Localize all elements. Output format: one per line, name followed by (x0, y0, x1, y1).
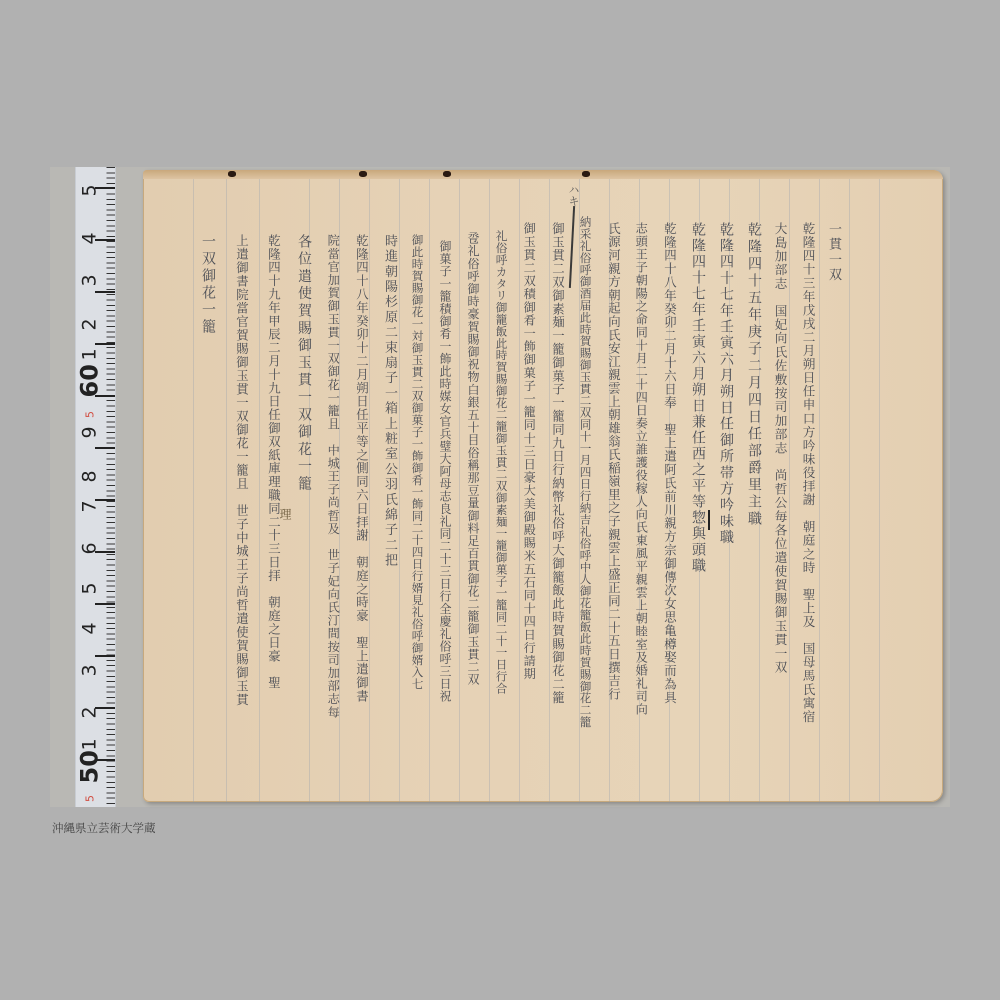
ruler-label: 8 (81, 466, 100, 488)
ruler-label: 50 (81, 762, 100, 784)
ruler-label: 5 (81, 578, 100, 600)
text-column: 志頭王子朝陽之命同十月二十四日奏立誰護役稼人向氏東風平親雲上朝睦室及婚礼司向 (635, 222, 647, 716)
text-column: 氏源河親方朝起向氏安江親雲上朝雄翁氏稲嶺里之子親雲上盛正同二十五日撰吉行 (607, 222, 619, 701)
ruler-label: 7 (81, 496, 100, 518)
ruler-ticks (101, 167, 115, 807)
text-column: 納采礼俗呼御酒届此時賀賜御玉貫二双同十一月四日行納吉礼俗呼中人御花籠飯此時賀賜御… (579, 216, 591, 728)
text-column: 御菓子一籠積御肴一飾此時媒女官兵璧大阿母志良礼同二十三日行全慶礼俗呼三日祝 (439, 240, 451, 703)
text-column: 御玉貫二双積御肴一飾御菓子一籠同十三日豪大美御殿賜米五石同十四日行請期 (523, 222, 535, 681)
ruler-major-tick (95, 603, 115, 605)
ruler-major-tick (95, 655, 115, 657)
text-column: 御此時賀賜御花一対御玉貫二双御菓子一飾御肴一飾同二十四日行婿見礼俗呼御婿入七 (411, 234, 423, 690)
ruler-red-label: 5 (81, 788, 100, 808)
text-column: 乾隆四十九年甲辰二月十九日任御双紙庫理職同二十三日拝 朝庭之日豪 聖 (267, 234, 279, 690)
text-column: 大島加部志 国妃向氏佐敷按司加部志 尚哲公毎各位遣使賀賜御玉貫一双 (773, 222, 786, 674)
ruler-label: 60 (81, 376, 100, 398)
margin-note: 理 (279, 508, 291, 521)
ruler-label: 2 (81, 702, 100, 724)
text-column: 御玉貫二双御素麺一籠御菓子一籠同九日行納幣礼俗呼大御籠飯此時賀賜御花二籠 (551, 222, 563, 704)
text-column: 一貫一双 (827, 222, 840, 283)
measuring-ruler: 5 4 3 2 1 60 5 9 8 7 6 5 4 3 2 1 50 5 (75, 167, 116, 807)
text-column: 乾隆四十七年壬寅六月朔日兼任西之平等惣與頭職 (691, 222, 705, 574)
manuscript-text: 一貫一双 乾隆四十三年戊戌二月朔日任申口方吟味役拝謝 朝庭之時 聖上及 国母馬氏… (143, 170, 943, 802)
ruler-major-tick (95, 447, 115, 449)
text-column: 一双御花一籠 (201, 234, 215, 336)
text-column: 卺礼俗呼御時豪賀賜御祝物白銀五十目俗稱那豆量御料足百貫御花二籠御玉貫二双 (467, 232, 479, 686)
text-column: 乾隆四十三年戊戌二月朔日任申口方吟味役拝謝 朝庭之時 聖上及 国母馬氏寓宿 (801, 222, 814, 723)
text-column: 上遣御書院當官賀賜御玉貫一双御花一籠且 世子中城王子尚哲遣使賀賜御玉貫 (235, 234, 247, 707)
ruler-label: 5 (81, 180, 100, 202)
ruler-label: 4 (81, 618, 100, 640)
text-column: 乾隆四十七年壬寅六月朔日任御所帯方吟味職 (719, 222, 733, 546)
ruler-label: 9 (81, 422, 100, 444)
text-column: 時進朝陽杉原二束扇子一箱上粧室公羽氏綿子二把 (383, 234, 396, 568)
ruler-label: 2 (81, 314, 100, 336)
text-column: 院當官加賀御玉貫一双御花一籠且 中城王子尚哲及 世子妃向氏汀間按司加部志每 (327, 234, 339, 719)
text-column: 乾隆四十八年癸卯二月十六日奉 聖上遣阿氏前川親方宗御傳次女思亀樽娶而為具 (663, 222, 675, 704)
ruler-label: 1 (81, 344, 100, 366)
ruler-label: 3 (81, 660, 100, 682)
text-column: 礼俗呼カタリ御籠飯此時賀賜御花二籠御玉貫二双御素麺一籠御菓子一籠同二十一日行合 (495, 230, 507, 694)
manuscript-page: 一貫一双 乾隆四十三年戊戌二月朔日任申口方吟味役拝謝 朝庭之時 聖上及 国母馬氏… (143, 170, 943, 802)
ruler-label: 3 (81, 270, 100, 292)
text-column: 各位遣使賀賜御玉貫一双御花一籠 (297, 234, 311, 494)
ruler-label: 6 (81, 538, 100, 560)
ruler-label: 4 (81, 228, 100, 250)
text-column: 乾隆四十八年癸卯十二月朔日任平等之側同六日拝謝 朝庭之時豪 聖上遣御書 (355, 234, 367, 703)
margin-bracket-line (569, 206, 575, 288)
text-column: 乾隆四十五年庚子二月四日任部爵里主職 (747, 222, 761, 528)
collection-credit: 沖縄県立芸術大学蔵 (52, 820, 156, 836)
margin-insert-mark (708, 510, 710, 530)
margin-note: ハキ (568, 184, 579, 207)
